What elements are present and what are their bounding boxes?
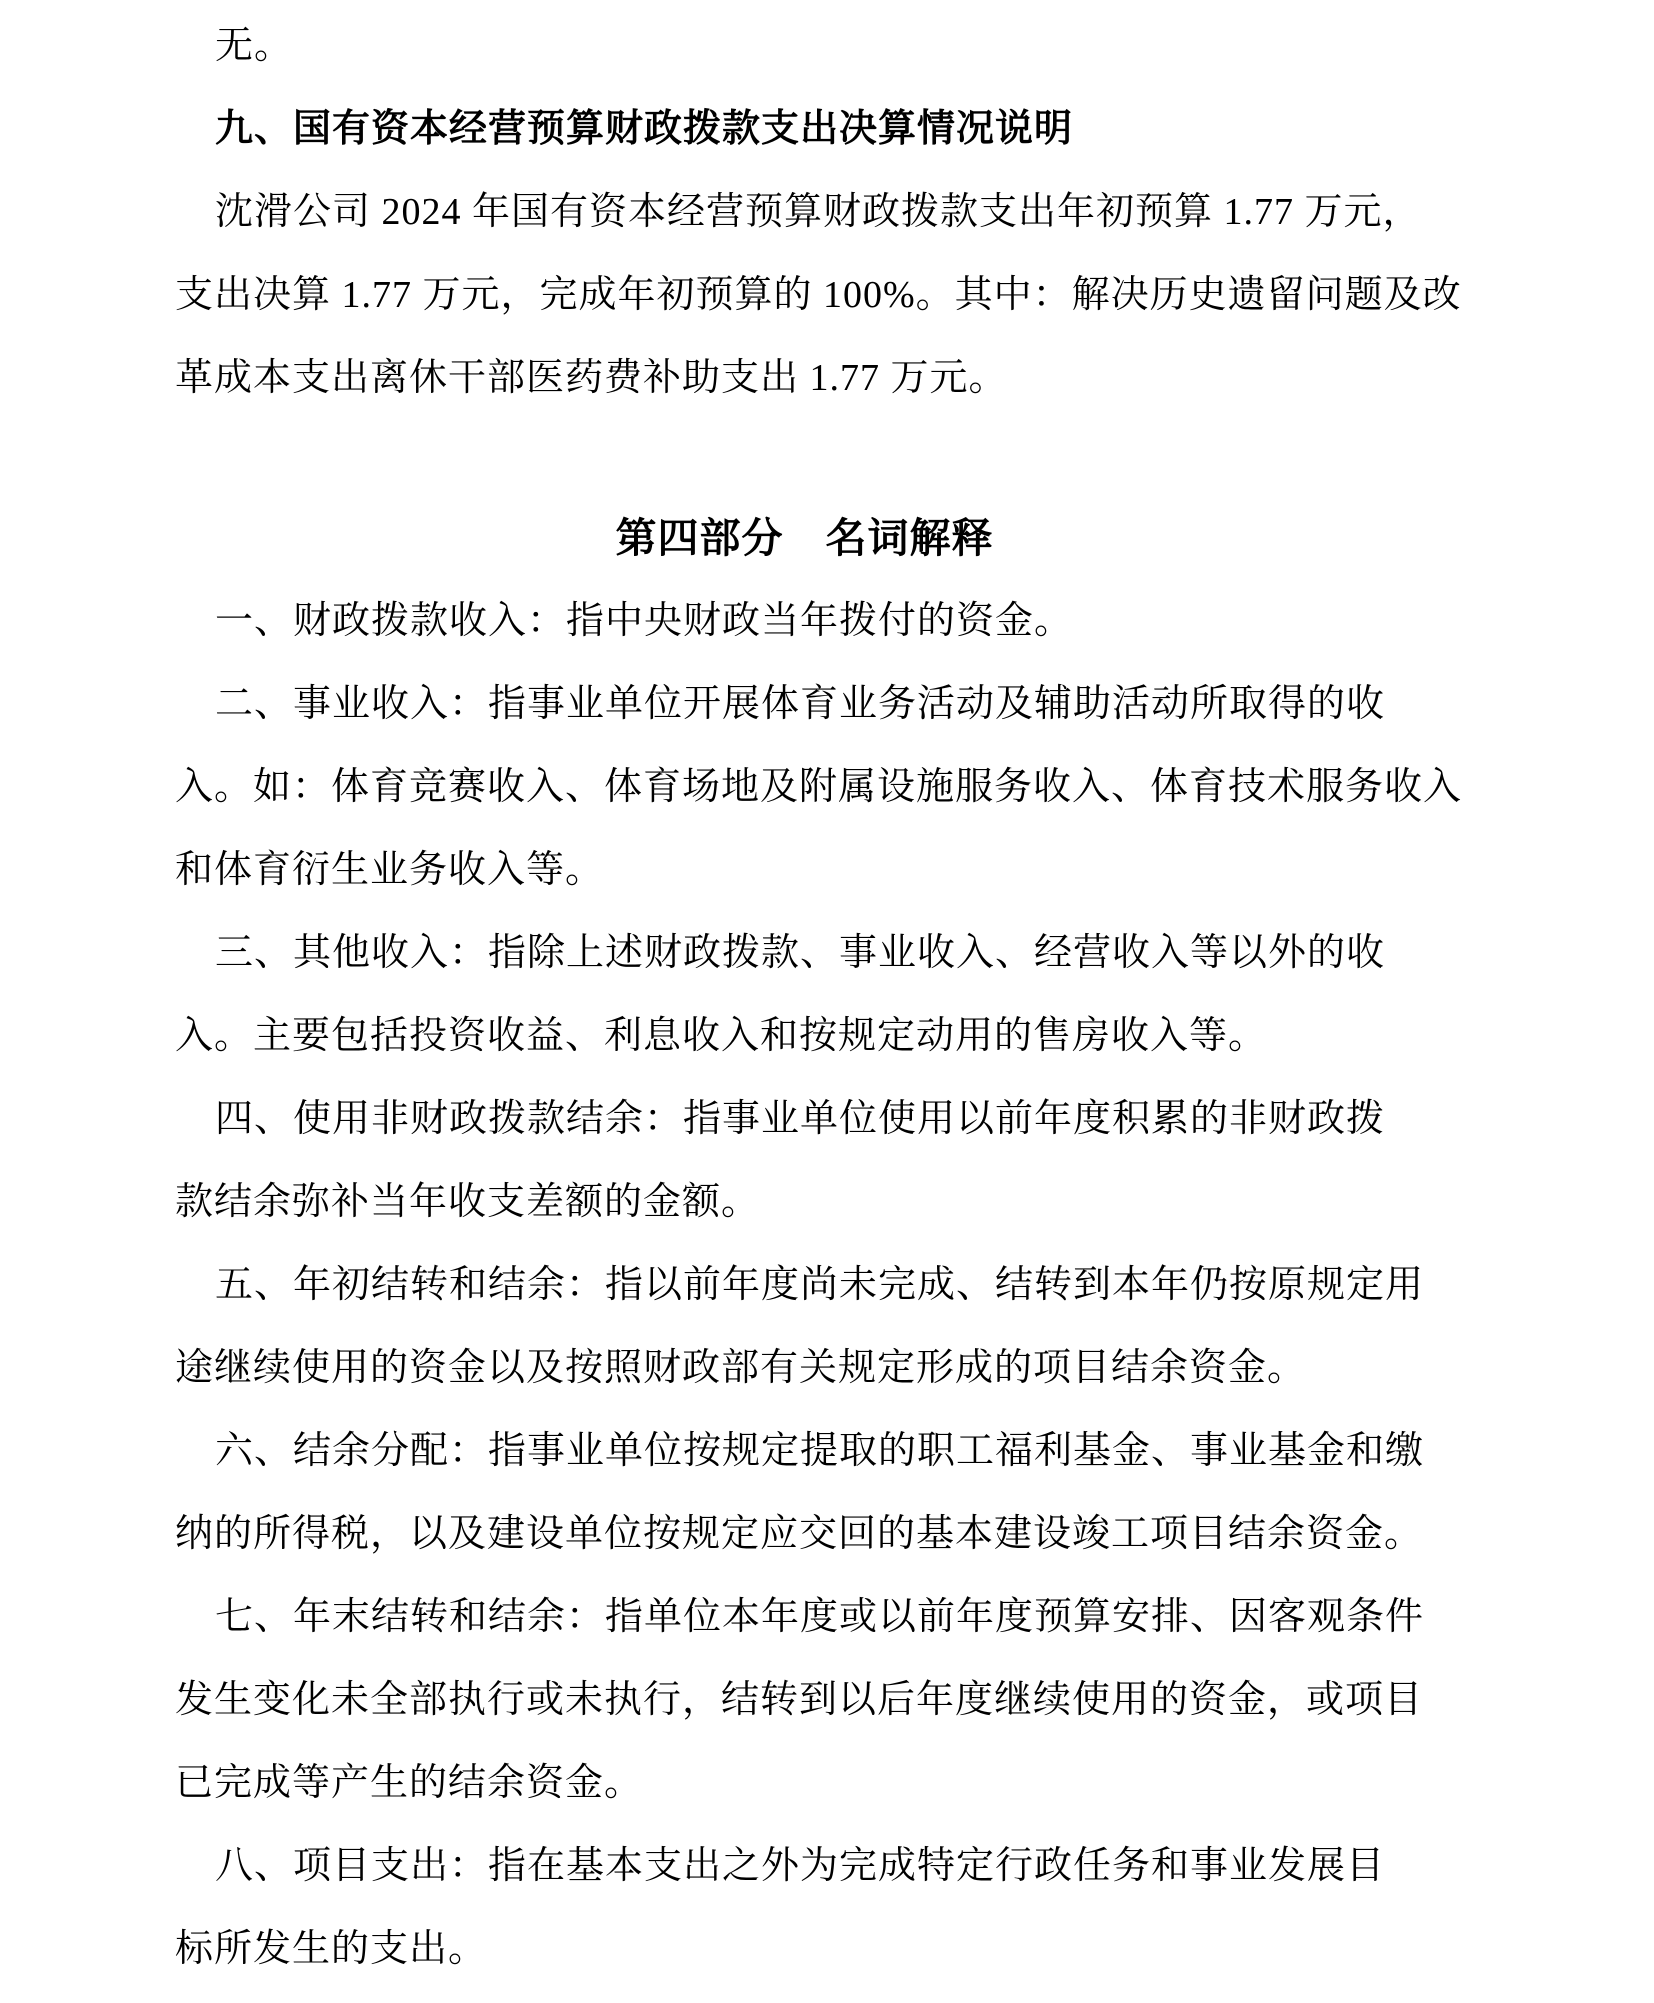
term-line: 二、事业收入：指事业单位开展体育业务活动及辅助活动所取得的收 [175, 663, 1434, 746]
intro-line: 无。 [175, 5, 1434, 88]
section-9-paragraph-line: 沈滑公司 2024 年国有资本经营预算财政拨款支出年初预算 1.77 万元， [175, 171, 1434, 254]
section-9-paragraph-line: 革成本支出离休干部医药费补助支出 1.77 万元。 [175, 337, 1434, 420]
term-line: 四、使用非财政拨款结余：指事业单位使用以前年度积累的非财政拨 [175, 1078, 1434, 1161]
term-line: 入。主要包括投资收益、利息收入和按规定动用的售房收入等。 [175, 995, 1434, 1078]
term-line: 款结余弥补当年收支差额的金额。 [175, 1161, 1434, 1244]
term-line: 已完成等产生的结余资金。 [175, 1742, 1434, 1825]
term-line: 八、项目支出：指在基本支出之外为完成特定行政任务和事业发展目 [175, 1825, 1434, 1908]
part-4-heading: 第四部分 名词解释 [175, 497, 1434, 580]
term-line: 三、其他收入：指除上述财政拨款、事业收入、经营收入等以外的收 [175, 912, 1434, 995]
term-line: 七、年末结转和结余：指单位本年度或以前年度预算安排、因客观条件 [175, 1576, 1434, 1659]
term-line: 纳的所得税，以及建设单位按规定应交回的基本建设竣工项目结余资金。 [175, 1493, 1434, 1576]
document-page: 无。 九、国有资本经营预算财政拨款支出决算情况说明 沈滑公司 2024 年国有资… [0, 0, 1654, 2003]
section-9-heading: 九、国有资本经营预算财政拨款支出决算情况说明 [175, 88, 1434, 171]
term-line: 入。如：体育竞赛收入、体育场地及附属设施服务收入、体育技术服务收入 [175, 746, 1434, 829]
term-line: 五、年初结转和结余：指以前年度尚未完成、结转到本年仍按原规定用 [175, 1244, 1434, 1327]
term-line: 六、结余分配：指事业单位按规定提取的职工福利基金、事业基金和缴 [175, 1410, 1434, 1493]
term-line: 途继续使用的资金以及按照财政部有关规定形成的项目结余资金。 [175, 1327, 1434, 1410]
term-line: 标所发生的支出。 [175, 1908, 1434, 1991]
term-line: 和体育衍生业务收入等。 [175, 829, 1434, 912]
term-line: 一、财政拨款收入：指中央财政当年拨付的资金。 [175, 580, 1434, 663]
term-line: 发生变化未全部执行或未执行，结转到以后年度继续使用的资金，或项目 [175, 1659, 1434, 1742]
section-9-paragraph-line: 支出决算 1.77 万元，完成年初预算的 100%。其中：解决历史遗留问题及改 [175, 254, 1434, 337]
blank-line [175, 420, 1434, 497]
